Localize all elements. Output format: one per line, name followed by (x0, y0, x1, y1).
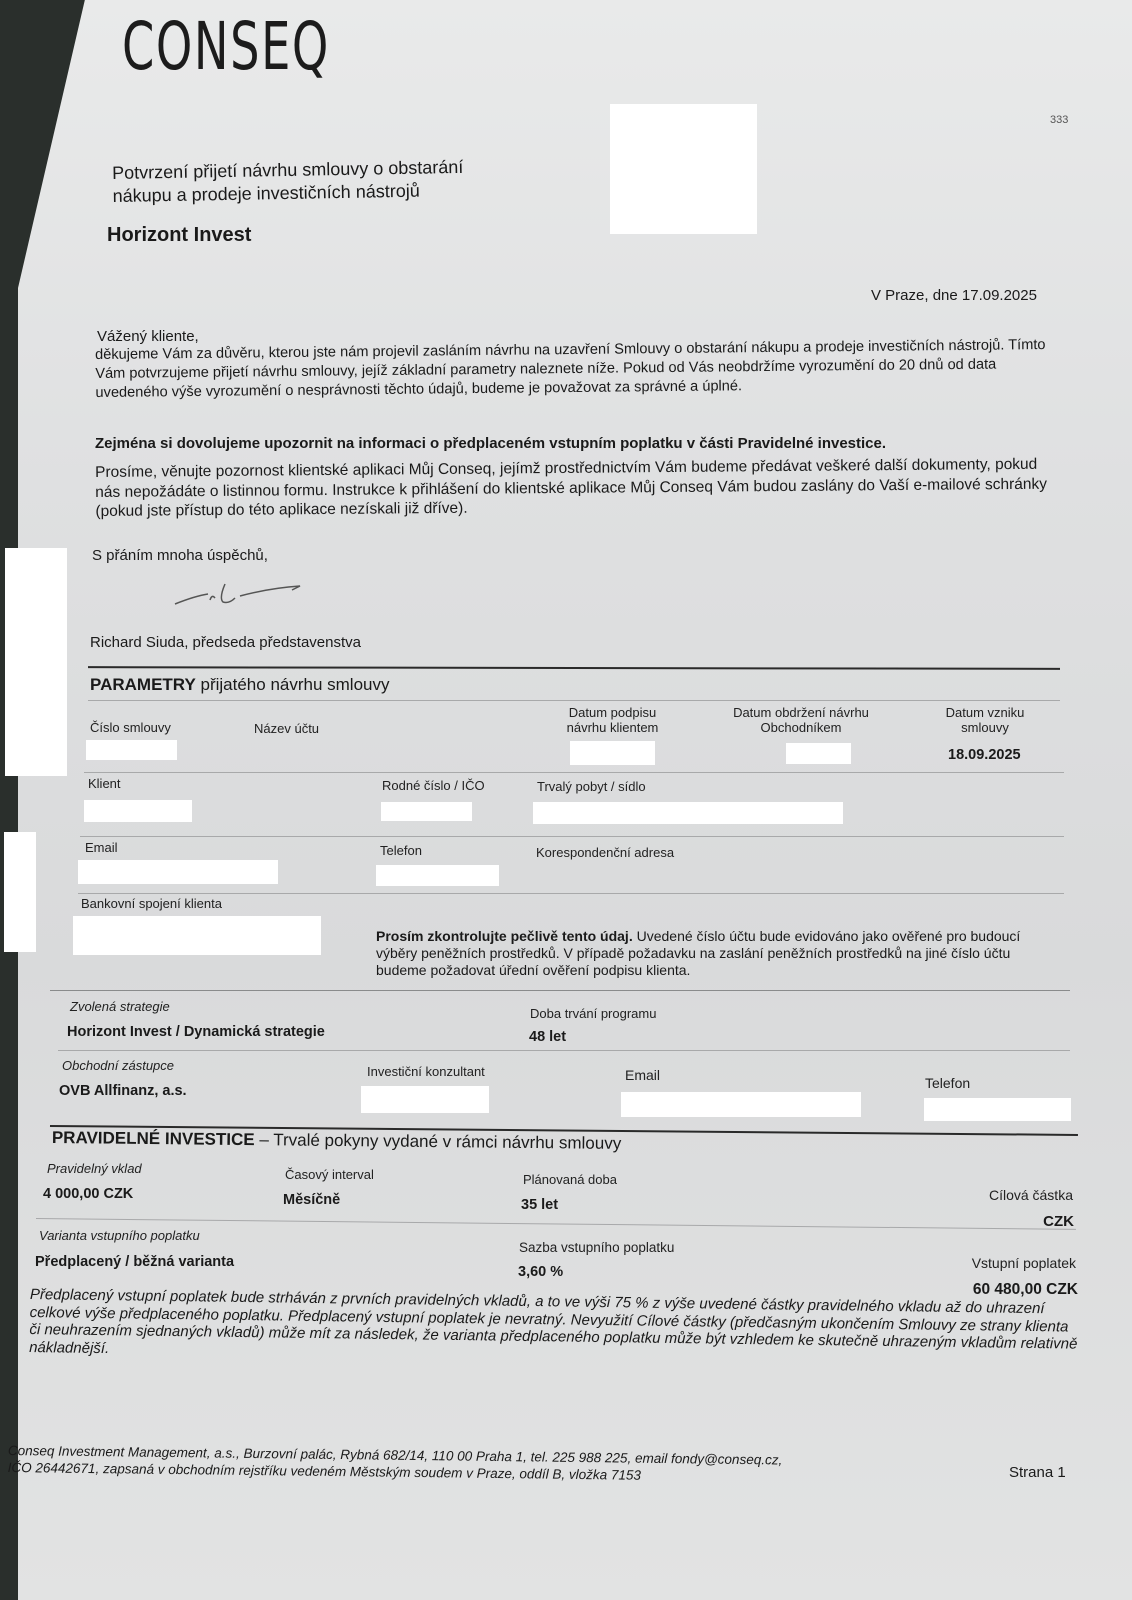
agent-phone-label: Telefon (925, 1075, 970, 1091)
fee-variant-value: Předplacený / běžná varianta (35, 1254, 234, 1270)
letter-paragraph-2: Zejména si dovolujeme upozornit na infor… (95, 434, 1055, 453)
account-name-label: Název účtu (254, 721, 319, 736)
deposit-value: 4 000,00 CZK (43, 1186, 133, 1202)
agent-email-value (621, 1092, 861, 1117)
contract-number-value (86, 740, 177, 760)
origin-date-label: Datum vzniku smlouvy (935, 705, 1035, 735)
parameters-title: PARAMETRY přijatého návrhu smlouvy (90, 675, 390, 695)
planned-duration-value: 35 let (521, 1197, 558, 1213)
birth-id-value (381, 802, 472, 821)
receipt-date-value (786, 743, 851, 764)
greeting: Vážený kliente, (97, 328, 199, 345)
phone-label: Telefon (380, 843, 422, 858)
agent-phone-value (924, 1098, 1071, 1121)
strategy-label: Zvolená strategie (70, 999, 170, 1014)
correspondence-label: Korespondenční adresa (536, 845, 674, 860)
fee-variant-label: Varianta vstupního poplatku (39, 1228, 200, 1243)
duration-value: 48 let (529, 1029, 566, 1045)
email-label: Email (85, 840, 118, 855)
bank-label: Bankovní spojení klienta (81, 896, 222, 911)
target-amount-label: Cílová částka (900, 1187, 1073, 1203)
residence-value (533, 802, 843, 824)
agent-value: OVB Allfinanz, a.s. (59, 1083, 187, 1099)
conseq-logo: CONSEQ (122, 8, 330, 85)
redaction (5, 548, 67, 776)
prepaid-fee-note: Předplacený vstupní poplatek bude strháv… (29, 1286, 1080, 1371)
phone-value (376, 865, 499, 886)
origin-date-value: 18.09.2025 (948, 747, 1021, 763)
interval-value: Měsíčně (283, 1192, 340, 1208)
consultant-value (361, 1086, 489, 1113)
birth-id-label: Rodné číslo / IČO (382, 778, 485, 793)
planned-duration-label: Plánovaná doba (523, 1172, 617, 1187)
fee-rate-label: Sazba vstupního poplatku (519, 1240, 674, 1255)
residence-label: Trvalý pobyt / sídlo (537, 779, 646, 794)
closing: S přáním mnoha úspěchů, (92, 547, 268, 564)
bank-note: Prosím zkontrolujte pečlivě tento údaj. … (376, 928, 1046, 979)
sign-date-value (570, 741, 655, 765)
client-label: Klient (88, 776, 121, 791)
product-name: Horizont Invest (107, 224, 251, 247)
fee-rate-value: 3,60 % (518, 1264, 563, 1280)
page-number: Strana 1 (1009, 1464, 1066, 1481)
bank-value (73, 916, 321, 955)
agent-email-label: Email (625, 1067, 660, 1083)
interval-label: Časový interval (285, 1167, 374, 1182)
receipt-date-label: Datum obdržení návrhu Obchodníkem (722, 705, 880, 735)
consultant-label: Investiční konzultant (367, 1064, 485, 1079)
entry-fee-label: Vstupní poplatek (900, 1255, 1076, 1271)
duration-label: Doba trvání programu (530, 1006, 656, 1021)
signature-icon (170, 576, 310, 610)
email-value (78, 860, 278, 884)
document-title: Potvrzení přijetí návrhu smlouvy o obsta… (112, 154, 593, 208)
document-code: 333 (1050, 114, 1068, 126)
letter-paragraph-1: děkujeme Vám za důvěru, kterou jste nám … (95, 336, 1056, 403)
sign-date-label: Datum podpisu návrhu klientem (560, 705, 665, 735)
place-date: V Praze, dne 17.09.2025 (871, 287, 1037, 304)
contract-number-label: Číslo smlouvy (90, 720, 171, 735)
client-value (84, 800, 192, 822)
signatory: Richard Siuda, předseda představenstva (90, 634, 361, 651)
deposit-label: Pravidelný vklad (47, 1161, 142, 1176)
letter-paragraph-3: Prosíme, věnujte pozornost klientské apl… (95, 455, 1055, 522)
redaction (610, 104, 757, 234)
entry-fee-value: 60 480,00 CZK (900, 1281, 1078, 1299)
strategy-value: Horizont Invest / Dynamická strategie (67, 1024, 325, 1040)
agent-label: Obchodní zástupce (62, 1058, 174, 1073)
redaction (4, 832, 36, 952)
